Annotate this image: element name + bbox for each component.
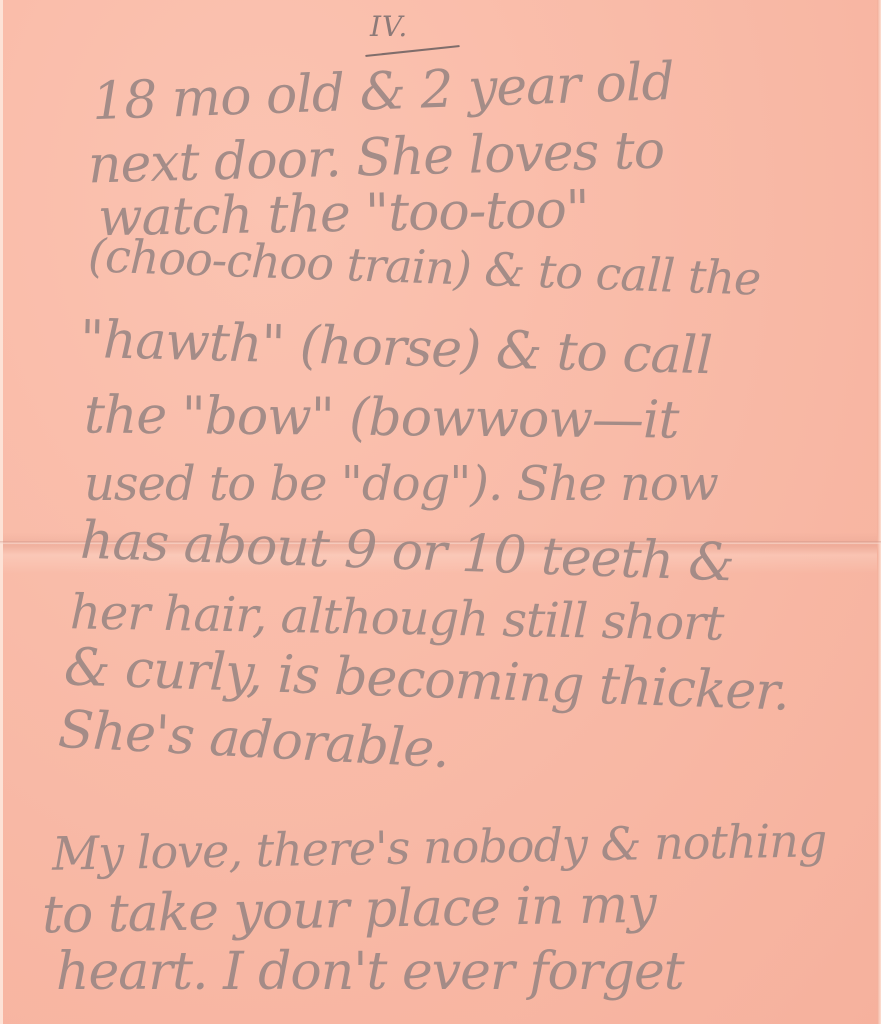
- handwritten-line: She's adorable.: [57, 700, 451, 780]
- handwritten-line: My love, there's nobody & nothing: [52, 813, 827, 881]
- handwritten-line: used to be "dog"). She now: [84, 456, 718, 512]
- handwritten-line: 18 mo old & 2 year old: [91, 52, 675, 132]
- page-number-underline: [365, 45, 460, 57]
- paper-right-edge: [877, 0, 881, 1024]
- paper-left-edge: [0, 0, 3, 1024]
- handwritten-line: has about 9 or 10 teeth &: [79, 511, 735, 594]
- handwritten-line: "hawth" (horse) & to call: [79, 310, 712, 387]
- handwritten-line: (choo-choo train) & to call the: [87, 228, 761, 305]
- handwritten-line: the "bow" (bowwow—it: [84, 385, 679, 450]
- letter-page: IV. 18 mo old & 2 year old next door. Sh…: [0, 0, 881, 1024]
- page-number: IV.: [370, 10, 408, 43]
- handwritten-line: heart. I don't ever forget: [56, 942, 684, 1002]
- handwritten-line: to take your place in my: [42, 875, 657, 946]
